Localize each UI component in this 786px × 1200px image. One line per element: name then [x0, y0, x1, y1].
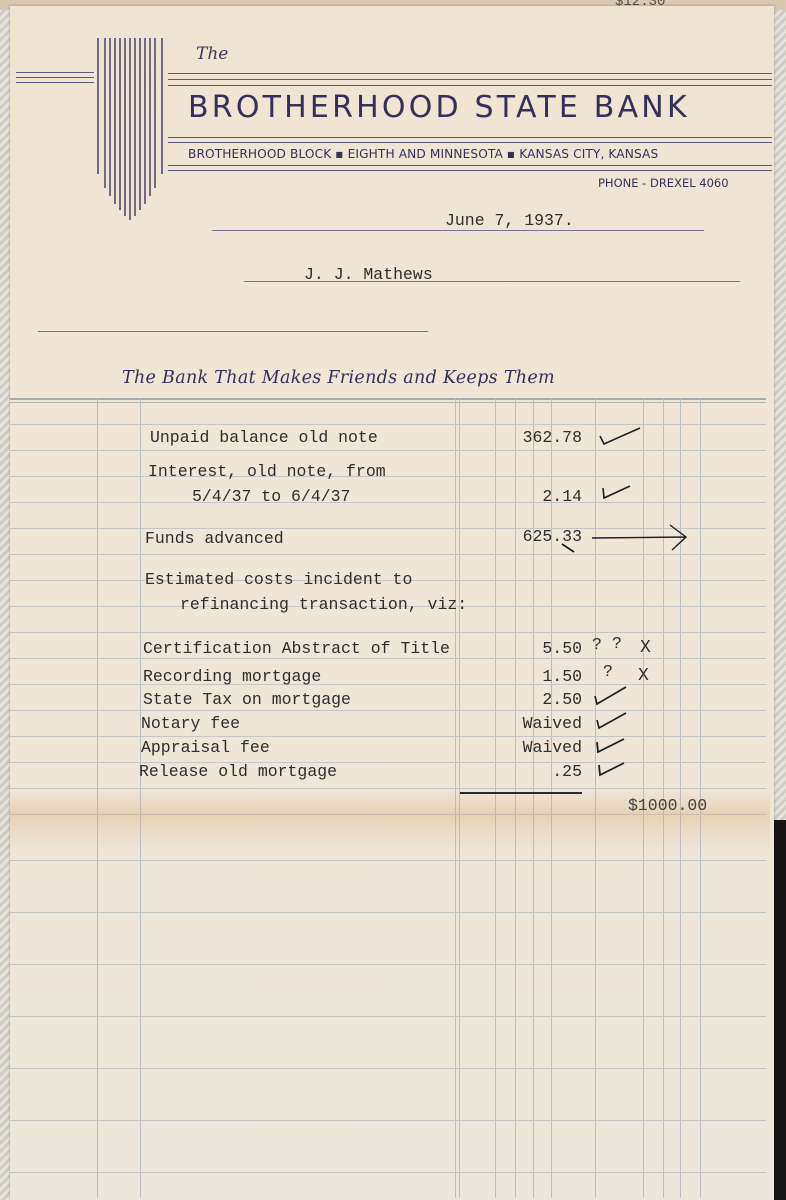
bank-address: BROTHERHOOD BLOCK ▪ EIGHTH AND MINNESOTA… — [188, 147, 658, 161]
cost-label: Appraisal fee — [141, 738, 270, 757]
costs-heading: Estimated costs incident to — [145, 570, 412, 589]
checkmark-icon — [596, 760, 630, 778]
x-mark-annotation: X — [640, 638, 651, 658]
letterhead-rule — [16, 77, 94, 78]
item-label: Interest, old note, from — [148, 462, 386, 481]
item-label: Unpaid balance old note — [150, 428, 378, 447]
letterhead-rule — [168, 142, 772, 143]
item-amount: 2.14 — [492, 487, 582, 506]
bank-slogan: The Bank That Makes Friends and Keeps Th… — [122, 368, 555, 388]
costs-heading-continued: refinancing transaction, viz: — [180, 595, 467, 614]
item-label-detail: 5/4/37 to 6/4/37 — [192, 487, 350, 506]
cost-amount: .25 — [492, 762, 582, 781]
cost-label: Release old mortgage — [139, 762, 337, 781]
checkmark-icon — [594, 710, 630, 730]
cost-label: Recording mortgage — [143, 667, 321, 686]
cost-amount: 5.50 — [492, 639, 582, 658]
item-amount: 362.78 — [492, 428, 582, 447]
bank-name: BROTHERHOOD STATE BANK — [188, 90, 690, 125]
question-mark-annotation: ? — [612, 634, 622, 653]
letterhead-rule — [168, 73, 772, 74]
item-label: Funds advanced — [145, 529, 284, 548]
cost-label: Certification Abstract of Title — [143, 639, 450, 658]
cost-amount: Waived — [492, 714, 582, 733]
arrow-right-icon — [560, 520, 690, 564]
x-mark-annotation: X — [638, 666, 649, 686]
checkmark-icon — [598, 426, 644, 446]
question-mark-annotation: ? — [592, 635, 602, 654]
cost-amount: 2.50 — [492, 690, 582, 709]
letterhead-rule — [168, 79, 772, 80]
cost-label: Notary fee — [141, 714, 240, 733]
total-underline — [460, 792, 582, 794]
checkmark-icon — [592, 684, 630, 706]
letterhead-rule — [16, 82, 94, 83]
cost-label: State Tax on mortgage — [143, 690, 351, 709]
letterhead-rule — [168, 170, 772, 171]
statement-date: June 7, 1937. — [445, 211, 574, 230]
letterhead-prefix: The — [196, 44, 228, 64]
checkmark-icon — [594, 736, 630, 754]
letterhead-rule — [16, 72, 94, 73]
checkmark-icon — [600, 484, 636, 500]
name-line — [244, 281, 740, 282]
question-mark-annotation: ? — [603, 662, 613, 681]
letterhead-rule — [168, 165, 772, 166]
bank-logo-icon — [96, 38, 164, 220]
address-line — [38, 331, 428, 332]
letterhead-rule — [168, 137, 772, 138]
date-line — [212, 230, 704, 231]
cost-amount: 1.50 — [492, 667, 582, 686]
letterhead-rule — [168, 85, 772, 86]
bank-phone: PHONE - DREXEL 4060 — [598, 176, 729, 190]
cost-amount: Waived — [492, 738, 582, 757]
total-amount: $1000.00 — [628, 796, 707, 815]
